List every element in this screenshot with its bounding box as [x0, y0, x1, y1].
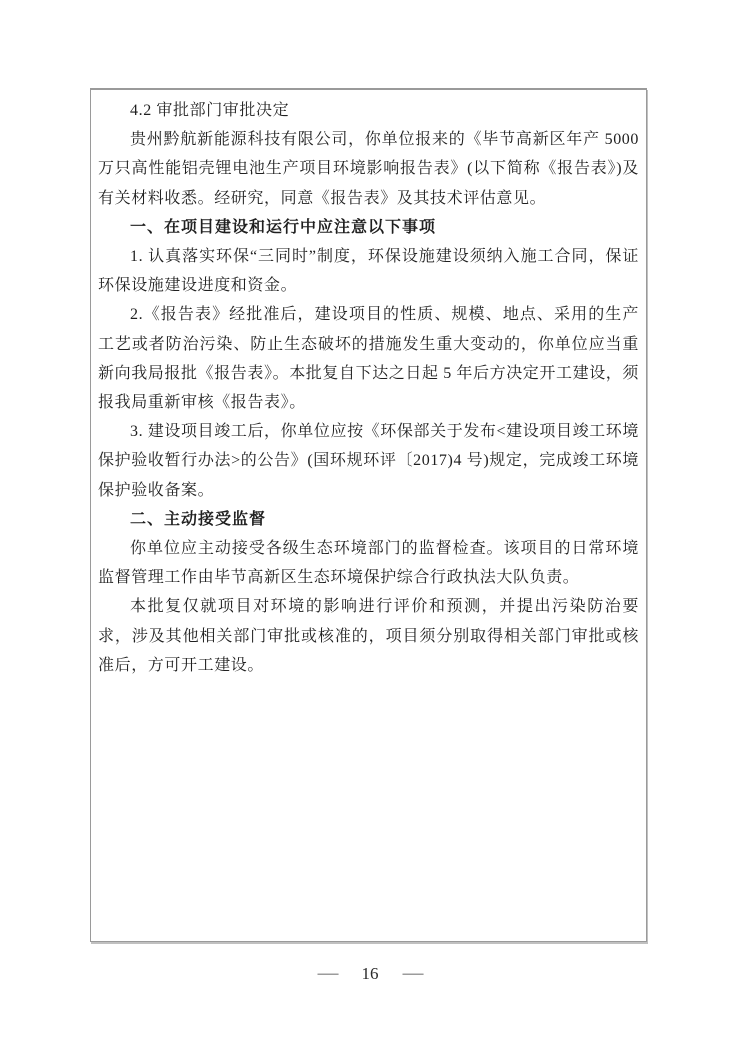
- document-body: 4.2 审批部门审批决定 贵州黔航新能源科技有限公司，你单位报来的《毕节高新区年…: [98, 96, 639, 680]
- numbered-heading-2: 二、主动接受监督: [98, 505, 639, 534]
- section-heading: 4.2 审批部门审批决定: [98, 96, 639, 125]
- paragraph-item-1: 1. 认真落实环保“三同时”制度，环保设施建设须纳入施工合同，保证环保设施建设进…: [98, 242, 639, 300]
- numbered-heading-1: 一、在项目建设和运行中应注意以下事项: [98, 213, 639, 242]
- footer-dash-left: —: [317, 965, 338, 983]
- paragraph-closing: 本批复仅就项目对环境的影响进行评价和预测，并提出污染防治要求，涉及其他相关部门审…: [98, 592, 639, 680]
- paragraph-supervision: 你单位应主动接受各级生态环境部门的监督检查。该项目的日常环境监督管理工作由毕节高…: [98, 534, 639, 592]
- paragraph-item-3: 3. 建设项目竣工后，你单位应按《环保部关于发布<建设项目竣工环境保护验收暂行办…: [98, 417, 639, 505]
- footer-dash-right: —: [402, 965, 423, 983]
- document-page: { "document": { "section_heading": "4.2 …: [0, 0, 740, 1047]
- paragraph-intro: 贵州黔航新能源科技有限公司，你单位报来的《毕节高新区年产 5000 万只高性能铝…: [98, 125, 639, 213]
- page-footer: — 16 —: [0, 964, 740, 984]
- content-border-box: 4.2 审批部门审批决定 贵州黔航新能源科技有限公司，你单位报来的《毕节高新区年…: [90, 88, 647, 942]
- page-number: 16: [362, 964, 379, 984]
- paragraph-item-2: 2.《报告表》经批准后，建设项目的性质、规模、地点、采用的生产工艺或者防治污染、…: [98, 300, 639, 417]
